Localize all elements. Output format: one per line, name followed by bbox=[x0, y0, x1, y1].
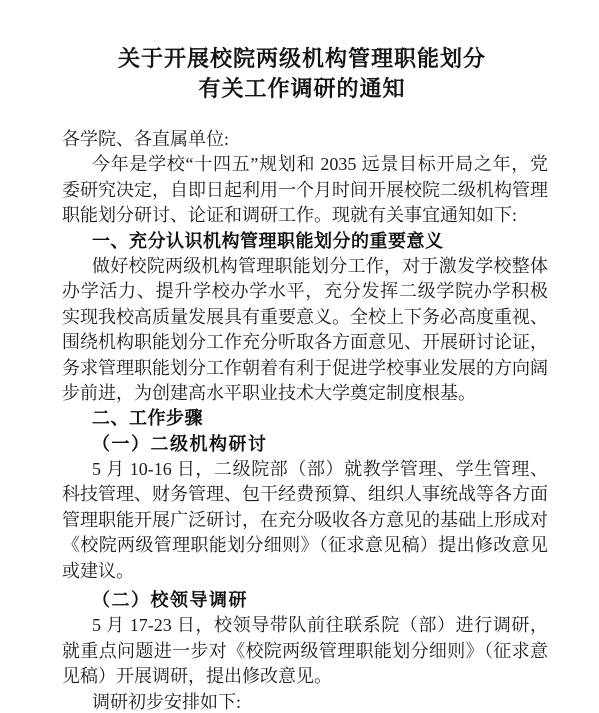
document-title-line-2: 有关工作调研的通知 bbox=[56, 74, 548, 104]
text-line: 今年是学校“十四五”规划和 2035 远景目标开局之年，党 bbox=[62, 152, 548, 177]
document-page: 关于开展校院两级机构管理职能划分 有关工作调研的通知 各学院、各直属单位:今年是… bbox=[0, 0, 599, 713]
section-heading: 二、工作步骤 bbox=[62, 406, 548, 431]
text-line: 《校院两级管理职能划分细则》（征求意见稿）提出修改意见 bbox=[62, 533, 548, 558]
text-line: 调研初步安排如下: bbox=[62, 690, 548, 713]
text-line: 或建议。 bbox=[62, 559, 548, 584]
section-heading: 一、充分认识机构管理职能划分的重要意义 bbox=[62, 229, 548, 254]
text-line: 各学院、各直属单位: bbox=[62, 127, 548, 152]
document-body: 各学院、各直属单位:今年是学校“十四五”规划和 2035 远景目标开局之年，党委… bbox=[62, 127, 548, 713]
document-title-line-1: 关于开展校院两级机构管理职能划分 bbox=[56, 44, 548, 74]
text-line: 做好校院两级机构管理职能划分工作，对于激发学校整体 bbox=[62, 254, 548, 279]
text-line: 管理职能开展广泛研讨，在充分吸收各方意见的基础上形成对 bbox=[62, 508, 548, 533]
sub-heading: （一）二级机构研讨 bbox=[62, 432, 548, 457]
text-line: 围绕机构职能划分工作充分听取各方面意见、开展研讨论证， bbox=[62, 330, 548, 355]
text-line: 5 月 17-23 日，校领导带队前往联系院（部）进行调研， bbox=[62, 613, 548, 638]
text-line: 科技管理、财务管理、包干经费预算、组织人事统战等各方面 bbox=[62, 482, 548, 507]
text-line: 5 月 10-16 日，二级院部（部）就教学管理、学生管理、 bbox=[62, 457, 548, 482]
text-line: 实现我校高质量发展具有重要意义。全校上下务必高度重视、 bbox=[62, 305, 548, 330]
sub-heading: （二）校领导调研 bbox=[62, 588, 548, 613]
text-line: 就重点问题进一步对《校院两级管理职能划分细则》（征求意 bbox=[62, 639, 548, 664]
text-line: 职能划分研讨、论证和调研工作。现就有关事宜通知如下: bbox=[62, 203, 548, 228]
text-line: 办学活力、提升学校办学水平，充分发挥二级学院办学积极性， bbox=[62, 279, 548, 304]
text-line: 步前进，为创建高水平职业技术大学奠定制度根基。 bbox=[62, 381, 548, 406]
text-line: 委研究决定，自即日起利用一个月时间开展校院二级机构管理 bbox=[62, 178, 548, 203]
text-line: 见稿）开展调研，提出修改意见。 bbox=[62, 664, 548, 689]
document-title: 关于开展校院两级机构管理职能划分 有关工作调研的通知 bbox=[56, 44, 548, 104]
text-line: 务求管理职能划分工作朝着有利于促进学校事业发展的方向阔 bbox=[62, 356, 548, 381]
